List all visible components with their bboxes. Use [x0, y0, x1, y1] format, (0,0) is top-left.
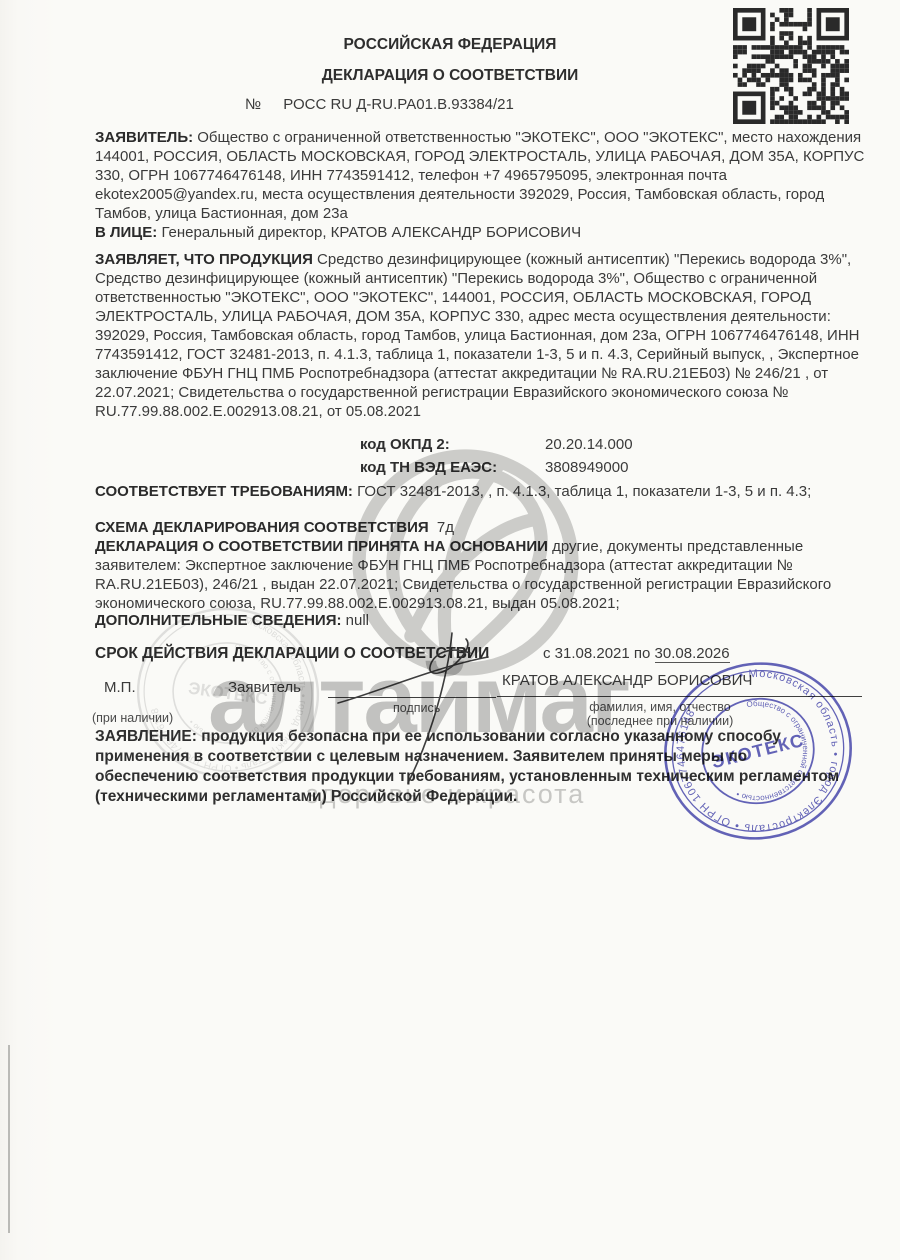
applicant-section: ЗАЯВИТЕЛЬ: Общество с ограниченной ответ… — [95, 128, 865, 242]
statement-section: ЗАЯВЛЕНИЕ: продукция безопасна при ее ис… — [95, 727, 843, 807]
declaration-number: РОСС RU Д-RU.РА01.В.93384/21 — [283, 96, 514, 113]
tnved-label: код ТН ВЭД ЕАЭС: — [360, 459, 497, 476]
validity-to: 30.08.2026 — [655, 645, 730, 663]
declaration-number-line: № РОСС RU Д-RU.РА01.В.93384/21 — [245, 96, 514, 113]
requirements-text: ГОСТ 32481-2013, , п. 4.1.3, таблица 1, … — [357, 483, 811, 500]
okpd-label: код ОКПД 2: — [360, 436, 450, 453]
mp-note: (при наличии) — [92, 711, 173, 725]
in-person-text: Генеральный директор, КРАТОВ АЛЕКСАНДР Б… — [161, 224, 581, 241]
basis-label: ДЕКЛАРАЦИЯ О СООТВЕТСТВИИ ПРИНЯТА НА ОСН… — [95, 538, 548, 555]
qr-code — [733, 8, 849, 124]
statement-label: ЗАЯВЛЕНИЕ: — [95, 728, 197, 745]
product-label: ЗАЯВЛЯЕТ, ЧТО ПРОДУКЦИЯ — [95, 251, 313, 268]
statement-text: продукция безопасна при ее использовании… — [95, 728, 839, 805]
name-caption-2: (последнее при наличии) — [560, 714, 760, 728]
in-person-label: В ЛИЦЕ: — [95, 224, 157, 241]
applicant-role-label: Заявитель — [228, 679, 301, 696]
okpd-value: 20.20.14.000 — [545, 436, 633, 453]
name-caption-1: фамилия, имя, отчество — [560, 700, 760, 714]
applicant-label: ЗАЯВИТЕЛЬ: — [95, 129, 193, 146]
name-line — [497, 696, 862, 697]
product-text: Средство дезинфицирующее (кожный антисеп… — [95, 251, 860, 420]
requirements-label: СООТВЕТСТВУЕТ ТРЕБОВАНИЯМ: — [95, 483, 353, 500]
basis-section: ДЕКЛАРАЦИЯ О СООТВЕТСТВИИ ПРИНЯТА НА ОСН… — [95, 537, 865, 613]
requirements-section: СООТВЕТСТВУЕТ ТРЕБОВАНИЯМ: ГОСТ 32481-20… — [95, 482, 865, 501]
additional-label: ДОПОЛНИТЕЛЬНЫЕ СВЕДЕНИЯ: — [95, 612, 341, 629]
applicant-text: Общество с ограниченной ответственностью… — [95, 129, 864, 222]
scheme-label: СХЕМА ДЕКЛАРИРОВАНИЯ СООТВЕТСТВИЯ — [95, 519, 429, 536]
signer-name: КРАТОВ АЛЕКСАНДР БОРИСОВИЧ — [502, 672, 752, 689]
scan-edge-artifact — [8, 1045, 10, 1233]
validity-from: с 31.08.2021 по — [543, 645, 650, 662]
product-section: ЗАЯВЛЯЕТ, ЧТО ПРОДУКЦИЯ Средство дезинфи… — [95, 250, 865, 421]
in-person-line: В ЛИЦЕ: Генеральный директор, КРАТОВ АЛЕ… — [95, 223, 865, 242]
number-sign: № — [245, 96, 261, 113]
scheme-value: 7д — [437, 519, 454, 536]
tnved-value: 3808949000 — [545, 459, 628, 476]
validity-dates: с 31.08.2021 по 30.08.2026 — [543, 645, 730, 662]
scheme-line: СХЕМА ДЕКЛАРИРОВАНИЯ СООТВЕТСТВИЯ 7д — [95, 518, 865, 537]
declaration-document: РОССИЙСКАЯ ФЕДЕРАЦИЯ ДЕКЛАРАЦИЯ О СООТВЕ… — [0, 0, 900, 1260]
mp-label: М.П. — [104, 679, 136, 696]
